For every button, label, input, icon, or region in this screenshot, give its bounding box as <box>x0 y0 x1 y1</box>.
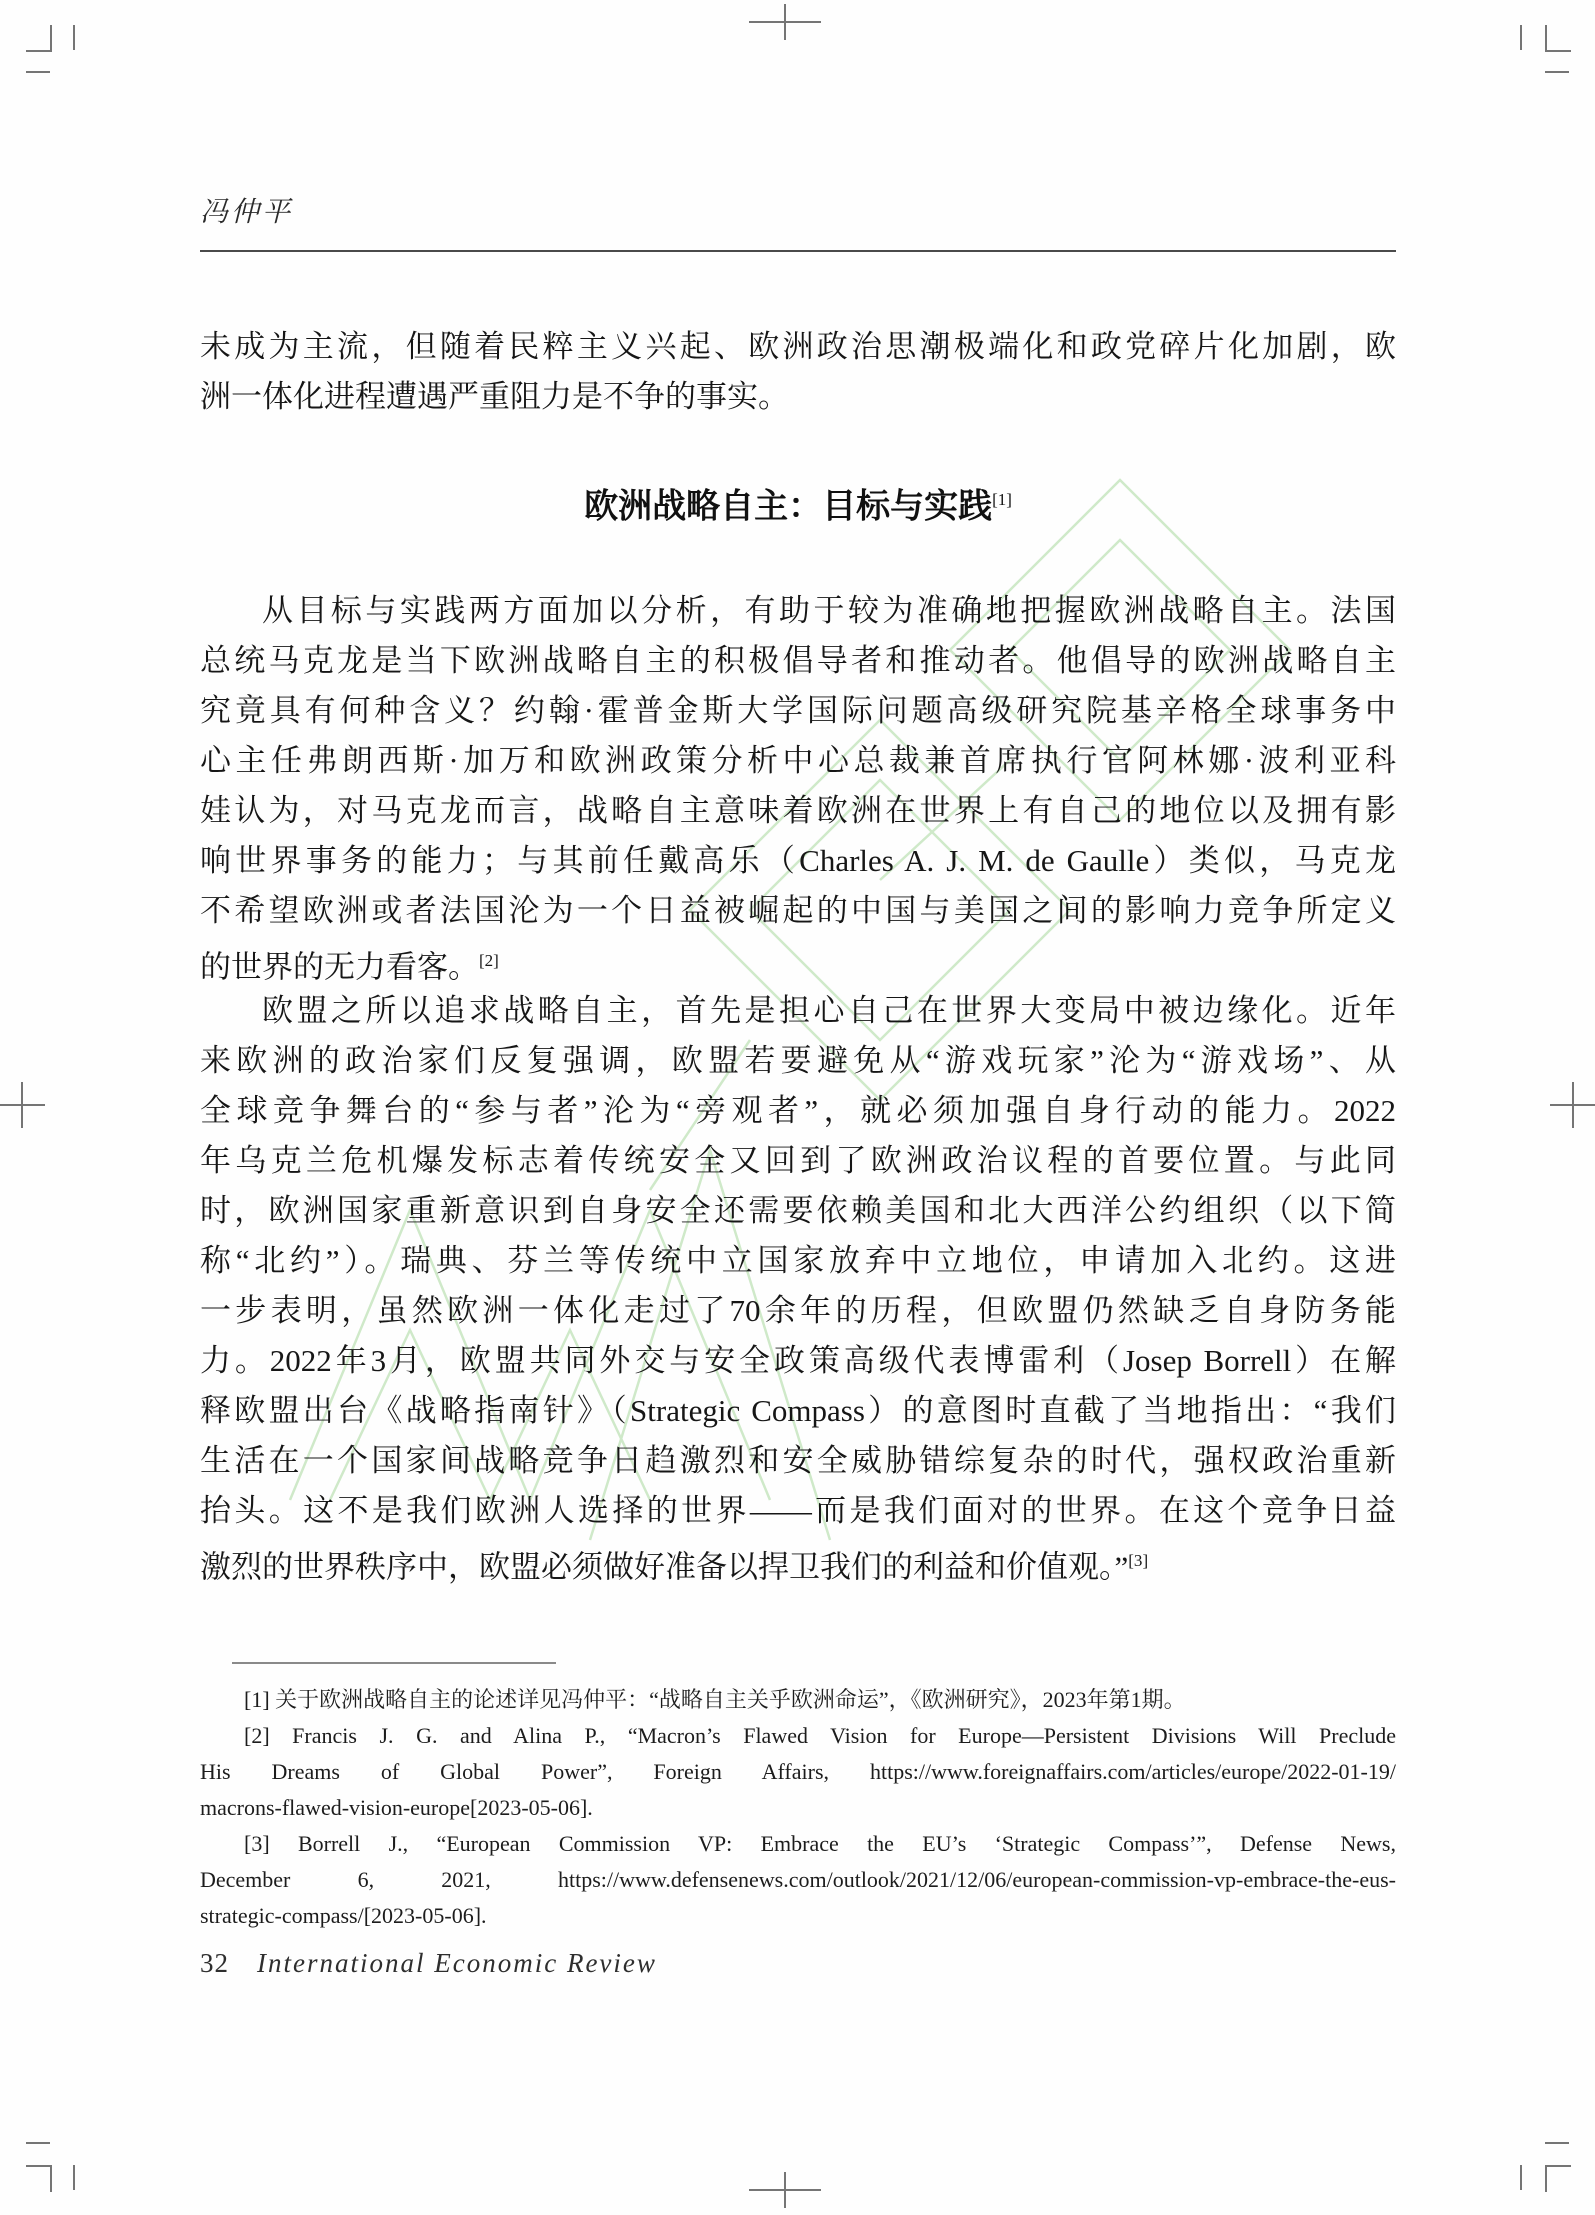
footnote-separator <box>232 1662 556 1664</box>
text-line: 未成为主流，但随着民粹主义兴起、欧洲政治思潮极端化和政党碎片化加剧，欧 <box>200 322 1396 372</box>
text-line: 力。2022年3月，欧盟共同外交与安全政策高级代表博雷利（Josep Borre… <box>200 1336 1396 1386</box>
crop-mark-bottom-left <box>26 2165 52 2192</box>
footnote-1: [1] 关于欧洲战略自主的论述详见冯仲平：“战略自主关乎欧洲命运”，《欧洲研究》… <box>200 1682 1396 1718</box>
text-line: 娃认为，对马克龙而言，战略自主意味着欧洲在世界上有自己的地位以及拥有影 <box>200 786 1396 836</box>
journal-page: 冯仲平 未成为主流，但随着民粹主义兴起、欧洲政治思潮极端化和政党碎片化加剧，欧洲… <box>0 0 1595 2215</box>
section-heading-title: 欧洲战略自主：目标与实践 <box>584 488 992 525</box>
crop-mark-bottom-right <box>1545 2165 1571 2192</box>
text-line: [2] Francis J. G. and Alina P., “Macron’… <box>200 1718 1396 1754</box>
text-line: 全球竞争舞台的“参与者”沦为“旁观者”，就必须加强自身行动的能力。2022 <box>200 1086 1396 1136</box>
running-header-author: 冯仲平 <box>200 190 293 230</box>
intro-paragraph: 未成为主流，但随着民粹主义兴起、欧洲政治思潮极端化和政党碎片化加剧，欧洲一体化进… <box>200 322 1396 422</box>
header-rule <box>200 250 1396 252</box>
text-line: 来欧洲的政治家们反复强调，欧盟若要避免从“游戏玩家”沦为“游戏场”、从 <box>200 1036 1396 1086</box>
register-cross-top <box>784 4 786 40</box>
text-line: [3] Borrell J., “European Commission VP:… <box>200 1826 1396 1862</box>
journal-name: International Economic Review <box>257 1948 657 1978</box>
text-line: December 6, 2021, https://www.defensenew… <box>200 1862 1396 1898</box>
footnote-2: [2] Francis J. G. and Alina P., “Macron’… <box>200 1718 1396 1826</box>
text-line: 激烈的世界秩序中，欧盟必须做好准备以捍卫我们的利益和价值观。”[3] <box>200 1536 1396 1592</box>
footnote-3: [3] Borrell J., “European Commission VP:… <box>200 1826 1396 1934</box>
text-line: 从目标与实践两方面加以分析，有助于较为准确地把握欧洲战略自主。法国 <box>200 586 1396 636</box>
register-cross-bottom <box>784 2172 786 2208</box>
text-line: His Dreams of Global Power”, Foreign Aff… <box>200 1754 1396 1790</box>
crop-tick <box>1545 2142 1569 2144</box>
text-line: 释欧盟出台《战略指南针》（Strategic Compass）的意图时直截了当地… <box>200 1386 1396 1436</box>
crop-tick <box>1520 25 1522 50</box>
body-paragraph-a: 从目标与实践两方面加以分析，有助于较为准确地把握欧洲战略自主。法国总统马克龙是当… <box>200 586 1396 992</box>
text-line: 生活在一个国家间战略竞争日趋激烈和安全威胁错综复杂的时代，强权政治重新 <box>200 1436 1396 1486</box>
text-line: 的世界的无力看客。[2] <box>200 936 1396 992</box>
text-line: 年乌克兰危机爆发标志着传统安全又回到了欧洲政治议程的首要位置。与此同 <box>200 1136 1396 1186</box>
register-cross-right <box>1572 1082 1574 1128</box>
crop-tick <box>73 2165 75 2190</box>
text-line: 时，欧洲国家重新意识到自身安全还需要依赖美国和北大西洋公约组织（以下简 <box>200 1186 1396 1236</box>
section-heading: 欧洲战略自主：目标与实践[1] <box>200 478 1396 529</box>
text-line: 欧盟之所以追求战略自主，首先是担心自己在世界大变局中被边缘化。近年 <box>200 986 1396 1036</box>
footnote-ref-1: [1] <box>992 490 1012 509</box>
page-footer: 32International Economic Review <box>200 1948 657 1979</box>
text-line: 抬头。这不是我们欧洲人选择的世界——而是我们面对的世界。在这个竞争日益 <box>200 1486 1396 1536</box>
register-cross-left <box>21 1082 23 1128</box>
crop-tick <box>26 2142 50 2144</box>
body-paragraph-b: 欧盟之所以追求战略自主，首先是担心自己在世界大变局中被边缘化。近年来欧洲的政治家… <box>200 986 1396 1592</box>
crop-tick <box>1520 2165 1522 2190</box>
footnote-ref: [3] <box>1128 1551 1148 1570</box>
crop-mark-top-left <box>26 25 52 52</box>
text-line: 心主任弗朗西斯·加万和欧洲政策分析中心总裁兼首席执行官阿林娜·波利亚科 <box>200 736 1396 786</box>
text-line: 究竟具有何种含义？约翰·霍普金斯大学国际问题高级研究院基辛格全球事务中 <box>200 686 1396 736</box>
text-line: 不希望欧洲或者法国沦为一个日益被崛起的中国与美国之间的影响力竞争所定义 <box>200 886 1396 936</box>
text-line: [1] 关于欧洲战略自主的论述详见冯仲平：“战略自主关乎欧洲命运”，《欧洲研究》… <box>200 1682 1396 1718</box>
text-line: strategic-compass/[2023-05-06]. <box>200 1898 1396 1934</box>
text-line: 一步表明，虽然欧洲一体化走过了70余年的历程，但欧盟仍然缺乏自身防务能 <box>200 1286 1396 1336</box>
crop-mark-top-right <box>1545 25 1571 52</box>
text-line: 总统马克龙是当下欧洲战略自主的积极倡导者和推动者。他倡导的欧洲战略自主 <box>200 636 1396 686</box>
footnote-ref: [2] <box>479 951 499 970</box>
text-line: 称“北约”）。瑞典、芬兰等传统中立国家放弃中立地位，申请加入北约。这进 <box>200 1236 1396 1286</box>
text-line: 响世界事务的能力；与其前任戴高乐（Charles A. J. M. de Gau… <box>200 836 1396 886</box>
crop-tick <box>73 25 75 50</box>
text-line: 洲一体化进程遭遇严重阻力是不争的事实。 <box>200 372 1396 422</box>
crop-tick <box>26 71 50 73</box>
text-line: macrons-flawed-vision-europe[2023-05-06]… <box>200 1790 1396 1826</box>
footnote-area: [1] 关于欧洲战略自主的论述详见冯仲平：“战略自主关乎欧洲命运”，《欧洲研究》… <box>200 1682 1396 1934</box>
page-number: 32 <box>200 1948 229 1978</box>
crop-tick <box>1545 71 1569 73</box>
